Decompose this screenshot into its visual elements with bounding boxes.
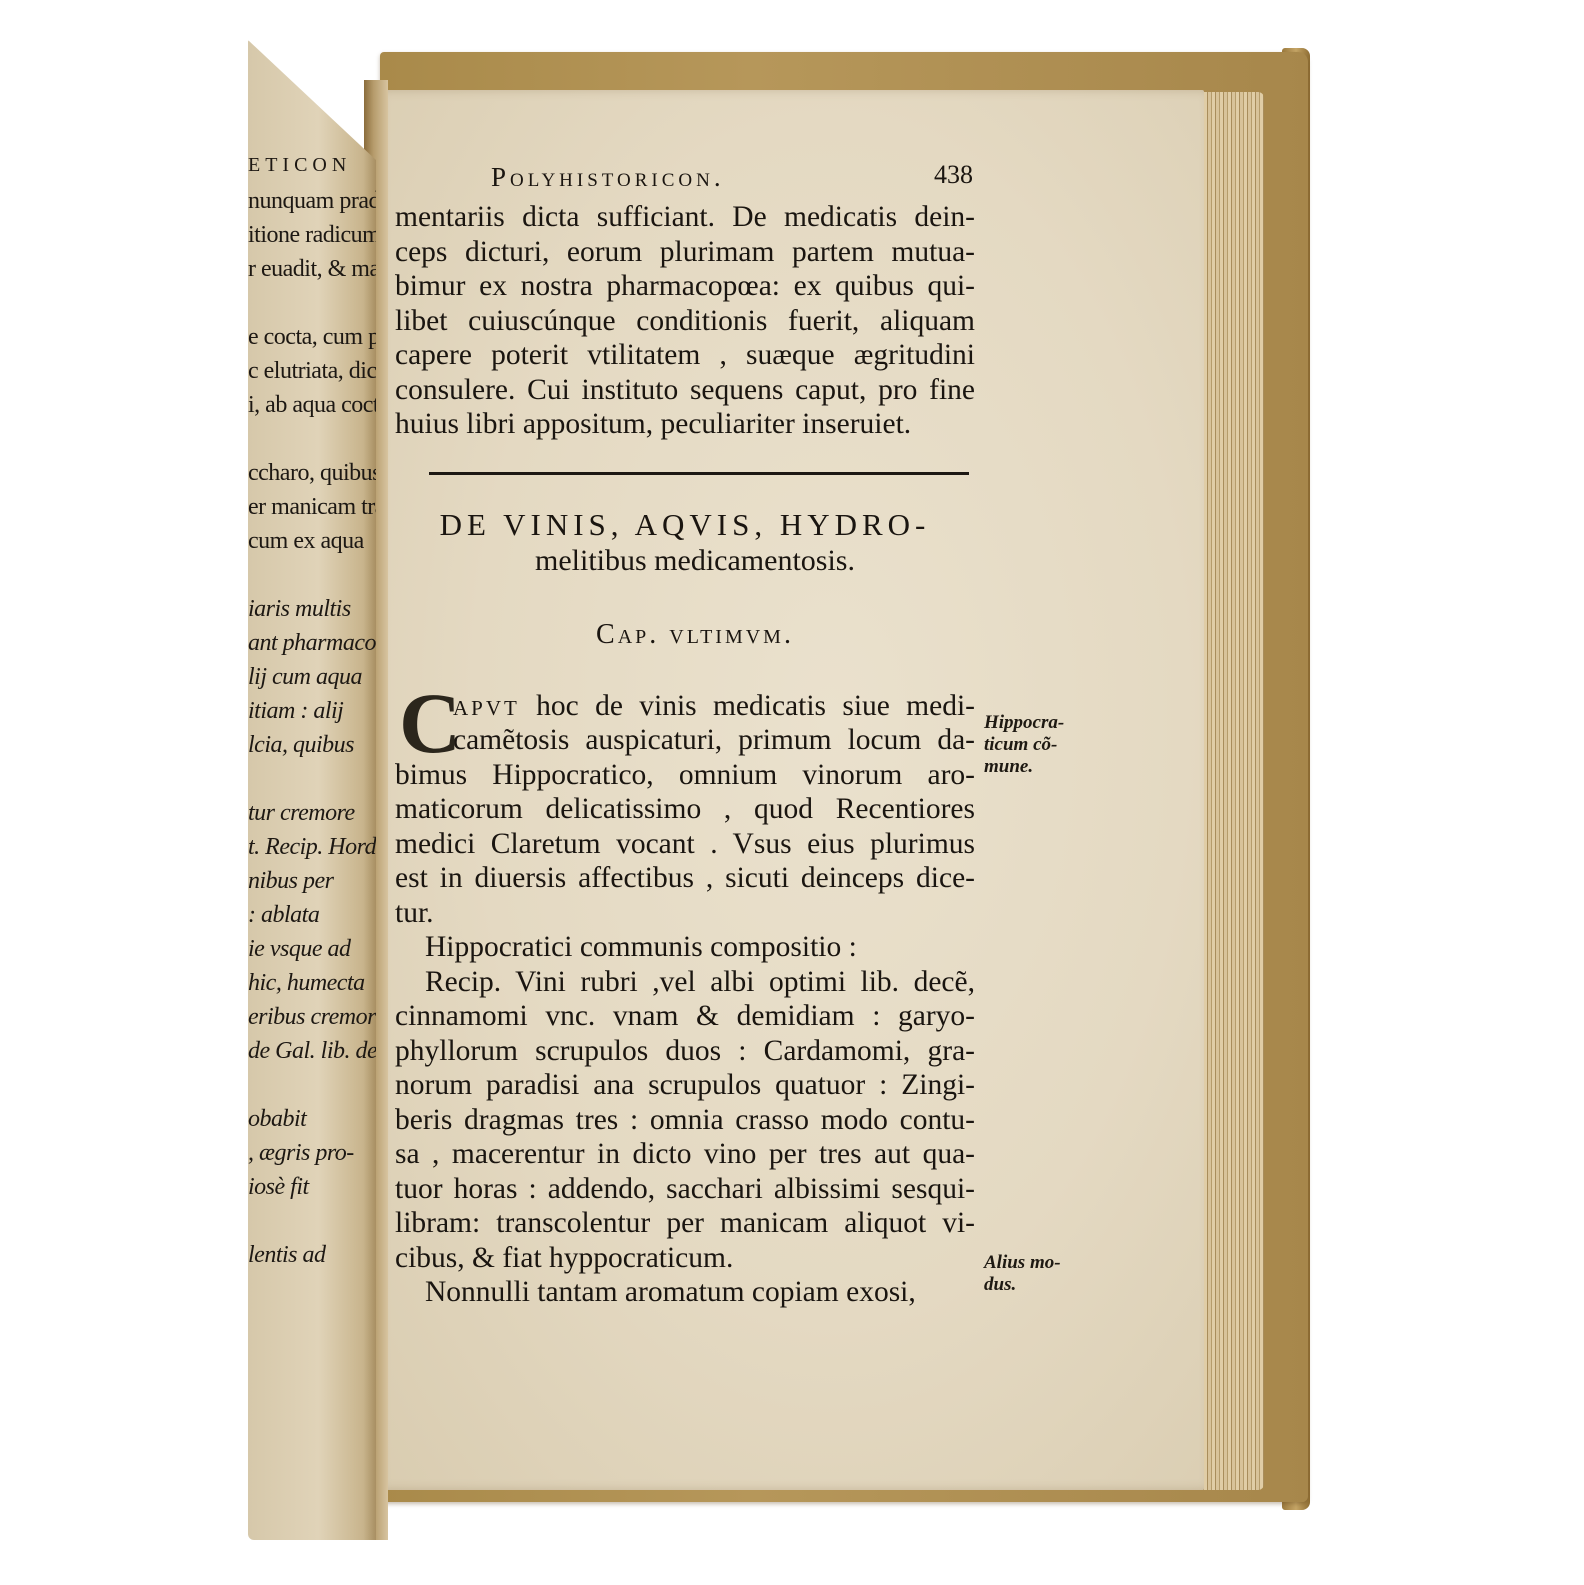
margin-note-line: ticum cõ-: [984, 734, 1064, 756]
chapter-heading-line-1: DE VINIS, AQVIS, HYDRO-: [440, 507, 931, 542]
verso-line: itiam : alij: [248, 694, 376, 728]
page-block-fore-edge: [1200, 92, 1264, 1490]
recto-text-block: Polyhistoricon. 438 mentariis dicta suff…: [395, 160, 975, 1310]
chapter-paragraph-text: apvt hoc de vinis medicatis siue medi- c…: [395, 689, 975, 931]
margin-note-line: Hippocra-: [984, 712, 1064, 734]
margin-note-line: mune.: [984, 756, 1064, 778]
text-line: tuor horas : addendo, sacchari albissimi…: [395, 1172, 975, 1207]
verso-line: [248, 558, 376, 592]
verso-line: nunquam pradabi: [248, 184, 376, 218]
verso-line: er manicam tra: [248, 490, 376, 524]
text-line: cinnamomi vnc. vnam & demidiam : garyo-: [395, 999, 975, 1034]
text-line: est in diuersis affectibus , sicuti dein…: [395, 861, 975, 896]
verso-line: hic, humecta: [248, 966, 376, 1000]
text-line: camẽtosis auspicaturi, primum locum da-: [395, 723, 975, 758]
text-line: tur.: [395, 896, 975, 931]
text-line: capere poterit vtilitatem , suæque ægrit…: [395, 338, 975, 373]
text-line: ceps dicturi, eorum plurimam partem mutu…: [395, 235, 975, 270]
chapter-heading: DE VINIS, AQVIS, HYDRO- melitibus medica…: [395, 507, 975, 579]
running-title: Polyhistoricon.: [491, 162, 725, 193]
chapter-paragraph: C apvt hoc de vinis medicatis siue medi-…: [395, 689, 975, 1310]
verso-line: : ablata: [248, 898, 376, 932]
text-line: apvt hoc de vinis medicatis siue medi-: [395, 689, 975, 724]
verso-running-head: ETICON: [248, 148, 376, 182]
text-line: cibus, & fiat hyppocraticum.: [395, 1241, 975, 1276]
verso-line: [248, 1204, 376, 1238]
verso-line: ccharo, quibus: [248, 456, 376, 490]
text-line: consulere. Cui instituto sequens caput, …: [395, 373, 975, 408]
text-line: mentariis dicta sufficiant. De medicatis…: [395, 200, 975, 235]
verso-line: c elutriata, dicitur: [248, 354, 376, 388]
verso-line: t. Recip. Hord: [248, 830, 376, 864]
verso-line: iosè fit: [248, 1170, 376, 1204]
verso-line: [248, 1068, 376, 1102]
verso-page-fragment: ETICON nunquam pradabi itione radicum gr…: [248, 40, 376, 1540]
verso-line: [248, 422, 376, 456]
verso-line: [248, 286, 376, 320]
text-line: maticorum delicatissimo , quod Recentior…: [395, 792, 975, 827]
verso-line: lij cum aqua: [248, 660, 376, 694]
verso-line: nibus per: [248, 864, 376, 898]
recipe: Hippocratici communis compositio : Recip…: [395, 930, 975, 1310]
opening-paragraph: mentariis dicta sufficiant. De medicatis…: [395, 200, 975, 442]
verso-line: , ægris pro-: [248, 1136, 376, 1170]
chapter-heading-line-2: melitibus medicamentosis.: [395, 543, 975, 579]
verso-line: tur cremore: [248, 796, 376, 830]
text-line: Nonnulli tantam aromatum copiam exosi,: [395, 1275, 975, 1310]
text-line: huius libri appositum, peculiariter inse…: [395, 407, 975, 442]
text-line: bimur ex nostra pharmacopœa: ex quibus q…: [395, 269, 975, 304]
text-line: bimus Hippocratico, omnium vinorum aro-: [395, 758, 975, 793]
verso-line: lentis ad: [248, 1238, 376, 1272]
verso-line: e cocta, cum pane: [248, 320, 376, 354]
text-line: Recip. Vini rubri ,vel albi optimi lib. …: [395, 965, 975, 1000]
verso-line: lcia, quibus: [248, 728, 376, 762]
verso-line: i, ab aqua cocta: [248, 388, 376, 422]
text-line: sa , macerentur in dicto vino per tres a…: [395, 1137, 975, 1172]
text-line: libet cuiuscúnque conditionis fuerit, al…: [395, 304, 975, 339]
text-line: libram: transcolentur per manicam aliquo…: [395, 1206, 975, 1241]
verso-line: [248, 762, 376, 796]
text-line: beris dragmas tres : omnia crasso modo c…: [395, 1103, 975, 1138]
recipe-title: Hippocratici communis compositio :: [395, 930, 975, 965]
chapter-label: Cap. vltimvm.: [395, 619, 975, 651]
margin-note-alius-modus: Alius mo- dus.: [984, 1252, 1061, 1296]
verso-line: itione radicum gr: [248, 218, 376, 252]
margin-note-line: Alius mo-: [984, 1252, 1061, 1274]
running-head: Polyhistoricon. 438: [395, 160, 975, 200]
verso-line: obabit: [248, 1102, 376, 1136]
margin-note-hippocraticum: Hippocra- ticum cõ- mune.: [984, 712, 1064, 778]
text-line-content: hoc de vinis medicatis siue medi-: [536, 690, 975, 722]
verso-line: de Gal. lib. de: [248, 1034, 376, 1068]
verso-text: ETICON nunquam pradabi itione radicum gr…: [248, 148, 376, 1272]
verso-line: cum ex aqua: [248, 524, 376, 558]
verso-line: ie vsque ad: [248, 932, 376, 966]
page-number: 438: [934, 160, 973, 190]
caput-small-caps: apvt: [453, 690, 520, 722]
verso-line: ant pharmaco: [248, 626, 376, 660]
verso-line: iaris multis: [248, 592, 376, 626]
drop-cap: C: [399, 685, 461, 761]
text-line: norum paradisi ana scrupulos quatuor : Z…: [395, 1068, 975, 1103]
text-line: medici Claretum vocant . Vsus eius pluri…: [395, 827, 975, 862]
verso-line: eribus cremor: [248, 1000, 376, 1034]
margin-note-line: dus.: [984, 1274, 1061, 1296]
section-rule: [429, 472, 969, 475]
verso-line: r euadit, & magi: [248, 252, 376, 286]
text-line: phyllorum scrupulos duos : Cardamomi, gr…: [395, 1034, 975, 1069]
